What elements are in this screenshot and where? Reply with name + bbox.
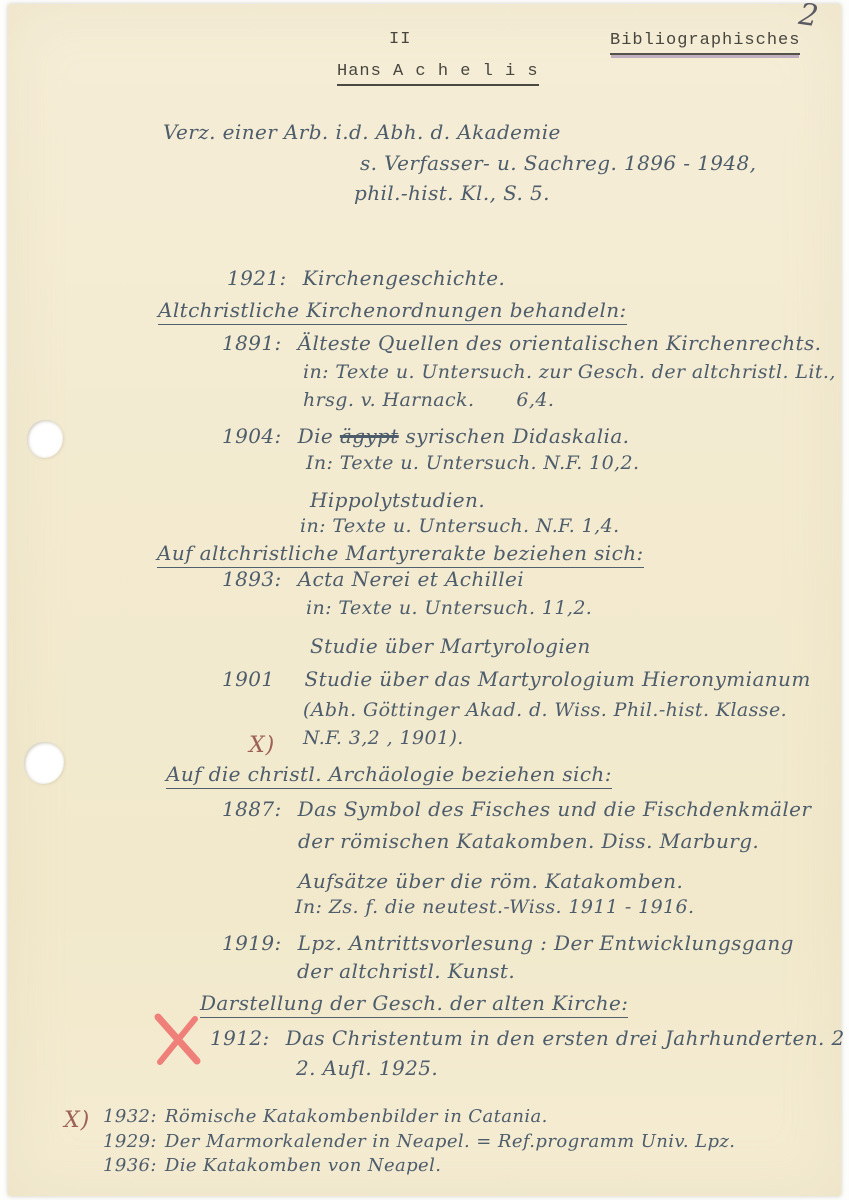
entry-1904-struck-word: ägypt — [340, 424, 399, 448]
entry-1919-line1: 1919:Lpz. Antrittsvorlesung : Der Entwic… — [222, 931, 794, 955]
entry-1912-title: Das Christentum in den ersten drei Jahrh… — [286, 1026, 849, 1050]
entry-hippolyt-line2: in: Texte u. Untersuch. N.F. 1,4. — [300, 515, 620, 537]
header-title: Bibliographisches — [610, 31, 800, 50]
footnote-item-1929: 1929:Der Marmorkalender in Neapel. = Ref… — [103, 1131, 735, 1152]
section-darstellung: Darstellung der Gesch. der alten Kirche: — [200, 991, 628, 1015]
footnote-marker: X) — [64, 1108, 90, 1133]
footnote-marker-mid: X) — [249, 733, 275, 758]
entry-1893-line2: in: Texte u. Untersuch. 11,2. — [306, 597, 592, 619]
section-kirchenordnungen: Altchristliche Kirchenordnungen behandel… — [158, 298, 627, 322]
footnote-1932-year: 1932: — [103, 1106, 157, 1127]
entry-1904-year: 1904: — [222, 424, 282, 448]
entry-1901-title: Studie über das Martyrologium Hieronymia… — [305, 667, 811, 691]
footnote-1936-text: Die Katakomben von Neapel. — [165, 1155, 442, 1176]
entry-1901-year: 1901 — [222, 667, 275, 691]
entry-martyrologien: Studie über Martyrologien — [310, 634, 591, 658]
entry-1893-year: 1893: — [222, 567, 282, 591]
entry-1901-line3: N.F. 3,2 , 1901). — [303, 727, 464, 749]
section-archaeologie: Auf die christl. Archäologie beziehen si… — [166, 762, 612, 786]
section-darstellung-text: Darstellung der Gesch. der alten Kirche: — [200, 991, 628, 1018]
footnote-item-1936: 1936:Die Katakomben von Neapel. — [103, 1155, 441, 1176]
entry-1891-title: Älteste Quellen des orientalischen Kirch… — [298, 331, 822, 355]
entry-1893-title: Acta Nerei et Achillei — [298, 567, 524, 591]
footnote-1932-text: Römische Katakombenbilder in Catania. — [165, 1106, 548, 1127]
entry-1891-volume: 6,4. — [516, 389, 554, 411]
author-name: Hans A c h e l i s — [337, 62, 539, 81]
entry-1887-line1: 1887:Das Symbol des Fisches und die Fisc… — [222, 797, 811, 821]
entry-1893-line1: 1893:Acta Nerei et Achillei — [222, 567, 524, 591]
entry-aufsaetze-line1: Aufsätze über die röm. Katakomben. — [298, 869, 683, 893]
entry-1901-line2: (Abh. Göttinger Akad. d. Wiss. Phil.-his… — [303, 699, 787, 721]
entry-1912-line2: 2. Aufl. 1925. — [296, 1056, 438, 1080]
entry-1921: 1921:Kirchengeschichte. — [227, 266, 505, 290]
footnote-1936-year: 1936: — [103, 1155, 157, 1176]
footnote-item-1932: 1932:Römische Katakombenbilder in Catani… — [103, 1106, 548, 1127]
footnote-1929-text: Der Marmorkalender in Neapel. = Ref.prog… — [165, 1131, 736, 1152]
entry-1887-title: Das Symbol des Fisches und die Fischdenk… — [298, 797, 812, 821]
author-name-text: Hans A c h e l i s — [337, 62, 539, 86]
red-cross-mark — [152, 1012, 204, 1066]
entry-1919-title: Lpz. Antrittsvorlesung : Der Entwicklung… — [298, 931, 794, 955]
reference-note-line3: phil.-hist. Kl., S. 5. — [354, 181, 550, 205]
entry-1912-year: 1912: — [210, 1026, 270, 1050]
entry-1919-year: 1919: — [222, 931, 282, 955]
entry-1921-year: 1921: — [227, 266, 287, 290]
entry-1921-text: Kirchengeschichte. — [303, 266, 506, 290]
entry-1891-line3: hrsg. v. Harnack.6,4. — [303, 389, 554, 411]
entry-1887-line2: der römischen Katakomben. Diss. Marburg. — [298, 829, 759, 853]
section-martyrerakte-text: Auf altchristliche Martyrerakte beziehen… — [157, 541, 644, 568]
entry-1891-line2: in: Texte u. Untersuch. zur Gesch. der a… — [303, 361, 836, 383]
entry-hippolyt-line1: Hippolytstudien. — [310, 488, 485, 512]
entry-1891-year: 1891: — [222, 331, 282, 355]
reference-note-line1: Verz. einer Arb. i.d. Abh. d. Akademie — [163, 120, 561, 144]
footnote-1929-year: 1929: — [103, 1131, 157, 1152]
scanned-document-page: { "scan": { "page_number": "2" }, "typed… — [0, 0, 849, 1200]
entry-1904-pre: Die — [298, 424, 333, 448]
reference-note-line2: s. Verfasser- u. Sachreg. 1896 - 1948, — [360, 151, 756, 175]
header-title-text: Bibliographisches — [610, 31, 800, 55]
section-kirchenordnungen-text: Altchristliche Kirchenordnungen behandel… — [158, 298, 627, 325]
entry-1912-line1: 1912:Das Christentum in den ersten drei … — [210, 1026, 849, 1050]
entry-1904-line2: In: Texte u. Untersuch. N.F. 10,2. — [306, 452, 639, 474]
entry-1901-line1: 1901Studie über das Martyrologium Hieron… — [222, 667, 811, 691]
entry-1904-line1: 1904:Die ägypt syrischen Didaskalia. — [222, 424, 629, 448]
entry-1891-line1: 1891:Älteste Quellen des orientalischen … — [222, 331, 821, 355]
section-martyrerakte: Auf altchristliche Martyrerakte beziehen… — [157, 541, 644, 565]
entry-1891-publisher: hrsg. v. Harnack. — [303, 389, 474, 411]
entry-aufsaetze-line2: In: Zs. f. die neutest.-Wiss. 1911 - 191… — [295, 896, 694, 918]
section-archaeologie-text: Auf die christl. Archäologie beziehen si… — [166, 762, 612, 789]
chapter-numeral: II — [389, 30, 411, 49]
entry-1919-line2: der altchristl. Kunst. — [297, 959, 515, 983]
entry-1904-title: syrischen Didaskalia. — [406, 424, 630, 448]
entry-1887-year: 1887: — [222, 797, 282, 821]
